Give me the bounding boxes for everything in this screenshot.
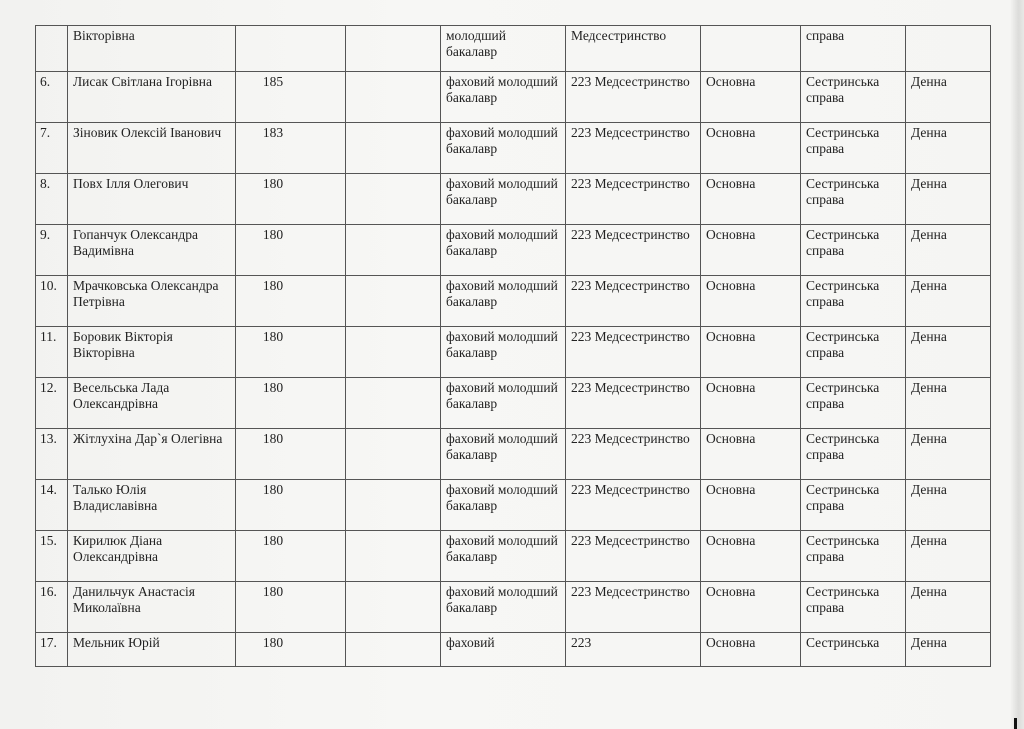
cell-score: 180 — [236, 582, 346, 633]
cell-specialty: 223 Медсестринство — [566, 174, 701, 225]
cell-basis: Основна — [701, 633, 801, 667]
cell-name: Лисак Світлана Ігорівна — [68, 72, 236, 123]
table-row: 9.Гопанчук Олександра Вадимівна180фахови… — [36, 225, 991, 276]
cell-basis: Основна — [701, 276, 801, 327]
table-row: 6.Лисак Світлана Ігорівна185фаховий моло… — [36, 72, 991, 123]
cell-level: фаховий молодший бакалавр — [441, 123, 566, 174]
cell-program: Сестринська справа — [801, 582, 906, 633]
cell-score: 183 — [236, 123, 346, 174]
cell-basis: Основна — [701, 225, 801, 276]
table-row-continued: Вікторівна молодший бакалавр Медсестринс… — [36, 26, 991, 72]
cell-specialty: 223 Медсестринство — [566, 276, 701, 327]
cell-form: Денна — [906, 480, 991, 531]
cell-specialty: 223 — [566, 633, 701, 667]
cell-form — [906, 26, 991, 72]
cell-basis: Основна — [701, 582, 801, 633]
cell-specialty: 223 Медсестринство — [566, 429, 701, 480]
cell-empty — [346, 276, 441, 327]
cell-number: 10. — [36, 276, 68, 327]
cell-empty — [346, 480, 441, 531]
cell-name: Кирилюк Діана Олександрівна — [68, 531, 236, 582]
cell-score — [236, 26, 346, 72]
cell-score: 180 — [236, 327, 346, 378]
cell-specialty: Медсестринство — [566, 26, 701, 72]
cell-number: 6. — [36, 72, 68, 123]
cell-program: Сестринська справа — [801, 429, 906, 480]
cell-empty — [346, 123, 441, 174]
cell-specialty: 223 Медсестринство — [566, 225, 701, 276]
cell-level: фаховий молодший бакалавр — [441, 378, 566, 429]
cell-program: Сестринська справа — [801, 225, 906, 276]
cell-number: 12. — [36, 378, 68, 429]
cell-empty — [346, 174, 441, 225]
cell-name: Повх Ілля Олегович — [68, 174, 236, 225]
cell-number: 9. — [36, 225, 68, 276]
page-edge-shadow — [1010, 0, 1024, 729]
cell-score: 185 — [236, 72, 346, 123]
cell-form: Денна — [906, 633, 991, 667]
cell-form: Денна — [906, 429, 991, 480]
cell-name: Весельська Лада Олександрівна — [68, 378, 236, 429]
cell-program: Сестринська — [801, 633, 906, 667]
cell-score: 180 — [236, 480, 346, 531]
cell-program: Сестринська справа — [801, 531, 906, 582]
cell-number: 13. — [36, 429, 68, 480]
cell-number: 16. — [36, 582, 68, 633]
cell-level: фаховий молодший бакалавр — [441, 174, 566, 225]
cell-level: фаховий — [441, 633, 566, 667]
cell-form: Денна — [906, 327, 991, 378]
cell-empty — [346, 531, 441, 582]
cell-score: 180 — [236, 174, 346, 225]
cell-name: Жітлухіна Дар`я Олегівна — [68, 429, 236, 480]
cell-level: фаховий молодший бакалавр — [441, 480, 566, 531]
cell-number — [36, 26, 68, 72]
cell-basis: Основна — [701, 123, 801, 174]
cell-name: Данильчук Анастасія Миколаївна — [68, 582, 236, 633]
cell-empty — [346, 582, 441, 633]
cell-empty — [346, 72, 441, 123]
cell-empty — [346, 429, 441, 480]
cell-level: фаховий молодший бакалавр — [441, 531, 566, 582]
scanned-page: Вікторівна молодший бакалавр Медсестринс… — [0, 0, 1024, 729]
cell-program: Сестринська справа — [801, 480, 906, 531]
table-row: 13.Жітлухіна Дар`я Олегівна180фаховий мо… — [36, 429, 991, 480]
cell-number: 15. — [36, 531, 68, 582]
cell-empty — [346, 633, 441, 667]
cell-score: 180 — [236, 276, 346, 327]
cell-score: 180 — [236, 531, 346, 582]
cell-specialty: 223 Медсестринство — [566, 531, 701, 582]
cell-specialty: 223 Медсестринство — [566, 327, 701, 378]
cell-program: Сестринська справа — [801, 276, 906, 327]
cell-program: Сестринська справа — [801, 327, 906, 378]
table-row: 15.Кирилюк Діана Олександрівна180фаховий… — [36, 531, 991, 582]
cell-number: 11. — [36, 327, 68, 378]
cell-form: Денна — [906, 123, 991, 174]
table-row: 16.Данильчук Анастасія Миколаївна180фахо… — [36, 582, 991, 633]
cell-basis: Основна — [701, 327, 801, 378]
table-row: 8.Повх Ілля Олегович180фаховий молодший … — [36, 174, 991, 225]
cell-empty — [346, 327, 441, 378]
cell-name: Мельник Юрій — [68, 633, 236, 667]
cell-specialty: 223 Медсестринство — [566, 378, 701, 429]
cell-name: Боровик Вікторія Вікторівна — [68, 327, 236, 378]
cell-form: Денна — [906, 225, 991, 276]
cell-number: 7. — [36, 123, 68, 174]
scan-edge-mark — [1014, 718, 1017, 729]
cell-program: Сестринська справа — [801, 378, 906, 429]
cell-form: Денна — [906, 72, 991, 123]
cell-specialty: 223 Медсестринство — [566, 72, 701, 123]
cell-level: фаховий молодший бакалавр — [441, 429, 566, 480]
table-row: 10.Мрачковська Олександра Петрівна180фах… — [36, 276, 991, 327]
cell-name: Зіновик Олексій Іванович — [68, 123, 236, 174]
cell-level: фаховий молодший бакалавр — [441, 327, 566, 378]
table-row: 17.Мельник Юрій180фаховий223ОсновнаСестр… — [36, 633, 991, 667]
cell-number: 17. — [36, 633, 68, 667]
cell-score: 180 — [236, 378, 346, 429]
cell-empty — [346, 225, 441, 276]
cell-specialty: 223 Медсестринство — [566, 123, 701, 174]
table-row: 7.Зіновик Олексій Іванович183фаховий мол… — [36, 123, 991, 174]
cell-score: 180 — [236, 225, 346, 276]
applicants-table: Вікторівна молодший бакалавр Медсестринс… — [35, 25, 991, 667]
table-row: 12.Весельська Лада Олександрівна180фахов… — [36, 378, 991, 429]
cell-basis: Основна — [701, 378, 801, 429]
cell-program: Сестринська справа — [801, 174, 906, 225]
table-row: 11.Боровик Вікторія Вікторівна180фаховий… — [36, 327, 991, 378]
cell-name: Гопанчук Олександра Вадимівна — [68, 225, 236, 276]
cell-number: 14. — [36, 480, 68, 531]
cell-program: справа — [801, 26, 906, 72]
cell-score: 180 — [236, 633, 346, 667]
cell-name: Вікторівна — [68, 26, 236, 72]
cell-basis — [701, 26, 801, 72]
cell-name: Талько Юлія Владиславівна — [68, 480, 236, 531]
cell-basis: Основна — [701, 531, 801, 582]
cell-form: Денна — [906, 378, 991, 429]
cell-empty — [346, 378, 441, 429]
cell-name: Мрачковська Олександра Петрівна — [68, 276, 236, 327]
cell-level: фаховий молодший бакалавр — [441, 582, 566, 633]
cell-program: Сестринська справа — [801, 72, 906, 123]
cell-basis: Основна — [701, 72, 801, 123]
cell-score: 180 — [236, 429, 346, 480]
cell-empty — [346, 26, 441, 72]
cell-form: Денна — [906, 531, 991, 582]
cell-number: 8. — [36, 174, 68, 225]
cell-form: Денна — [906, 582, 991, 633]
cell-basis: Основна — [701, 429, 801, 480]
cell-basis: Основна — [701, 480, 801, 531]
cell-form: Денна — [906, 276, 991, 327]
cell-basis: Основна — [701, 174, 801, 225]
table-row: 14.Талько Юлія Владиславівна180фаховий м… — [36, 480, 991, 531]
cell-level: фаховий молодший бакалавр — [441, 276, 566, 327]
cell-level: молодший бакалавр — [441, 26, 566, 72]
cell-specialty: 223 Медсестринство — [566, 582, 701, 633]
cell-program: Сестринська справа — [801, 123, 906, 174]
cell-form: Денна — [906, 174, 991, 225]
cell-level: фаховий молодший бакалавр — [441, 72, 566, 123]
cell-specialty: 223 Медсестринство — [566, 480, 701, 531]
cell-level: фаховий молодший бакалавр — [441, 225, 566, 276]
